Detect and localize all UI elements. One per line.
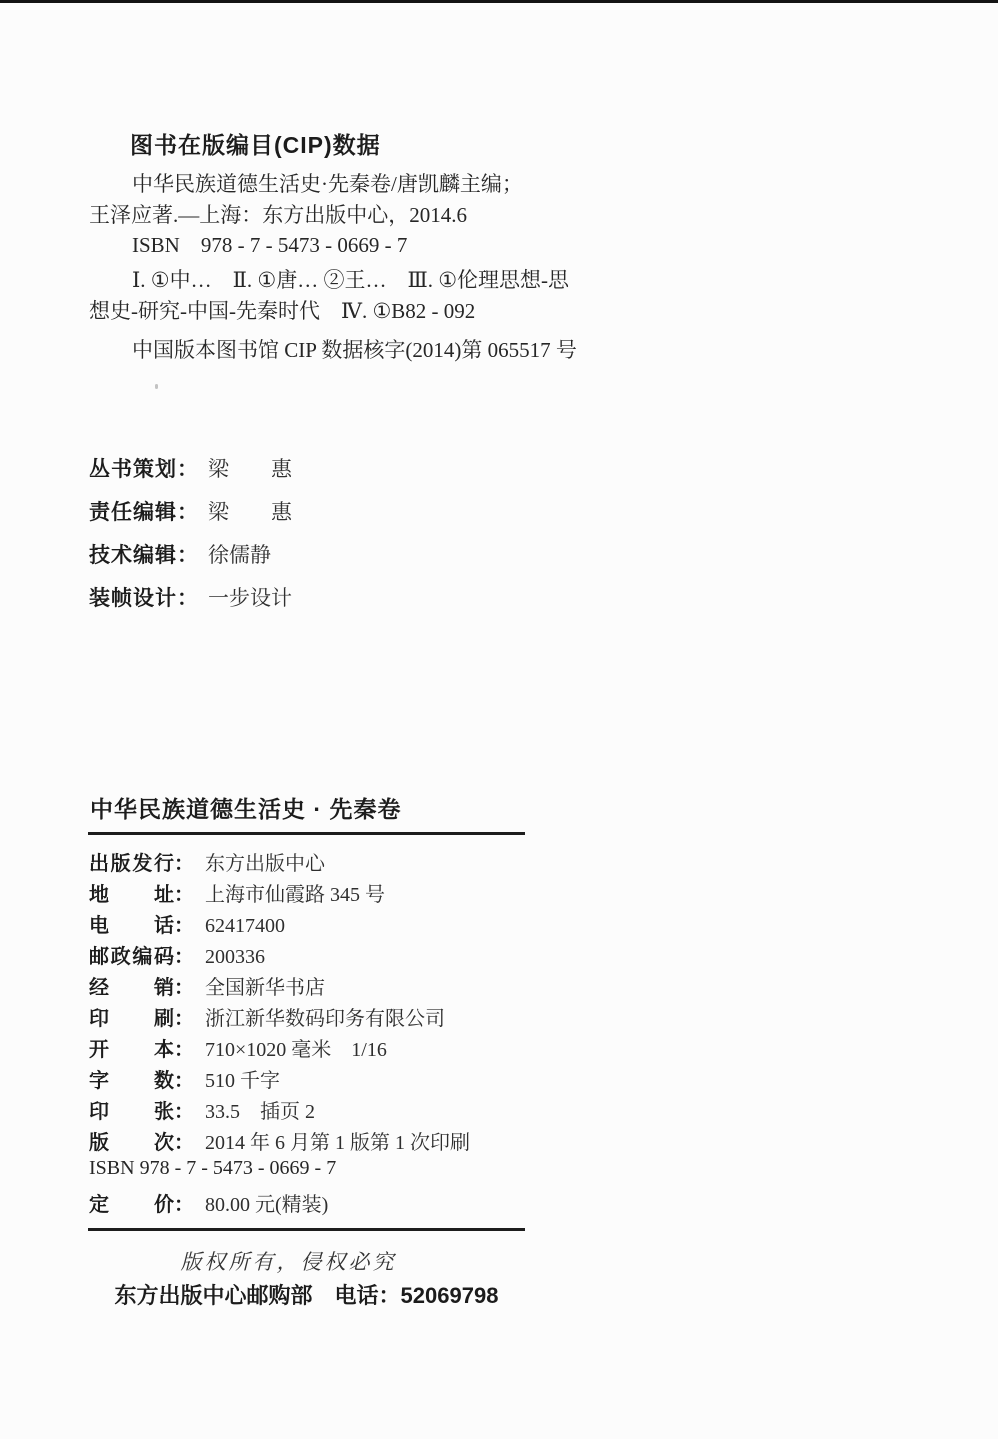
pub-row-price: 定价：80.00 元(精装) <box>89 1188 526 1219</box>
pub-row-word-count: 字数：510 千字 <box>89 1064 526 1095</box>
pub-row-edition: 版次：2014 年 6 月第 1 版第 1 次印刷 <box>89 1126 526 1157</box>
cip-author-line: 王泽应著.—上海：东方出版中心，2014.6 <box>89 199 467 229</box>
credit-row-responsible-editor: 责任编辑：梁 惠 <box>89 496 292 539</box>
colon: ： <box>177 544 198 567</box>
pub-label: 定价 <box>89 1188 174 1217</box>
copyright-page: 图书在版编目(CIP)数据 中华民族道德生活史·先秦卷/唐凯麟主编； 王泽应著.… <box>0 0 998 1439</box>
horizontal-rule-top <box>88 832 525 835</box>
colon: ： <box>174 1008 194 1030</box>
colon: ： <box>174 1194 194 1216</box>
pub-row-format: 开本：710×1020 毫米 1/16 <box>89 1033 526 1064</box>
pub-row-postcode: 邮政编码：200336 <box>89 940 526 971</box>
pub-value: 710×1020 毫米 1/16 <box>205 1039 387 1061</box>
pub-label: 电话 <box>89 909 174 938</box>
pub-value: 510 千字 <box>205 1070 280 1092</box>
pub-label: 开本 <box>89 1033 174 1062</box>
credit-row-series-planner: 丛书策划：梁 惠 <box>89 453 292 496</box>
colon: ： <box>177 501 198 524</box>
editorial-credits: 丛书策划：梁 惠 责任编辑：梁 惠 技术编辑：徐儒静 装帧设计：一步设计 <box>89 453 292 625</box>
pub-value: 33.5 插页 2 <box>205 1101 315 1123</box>
publication-details: 出版发行：东方出版中心 地址：上海市仙霞路 345 号 电话：62417400 … <box>89 847 526 1219</box>
pub-label: 邮政编码 <box>89 940 174 969</box>
pub-row-phone: 电话：62417400 <box>89 909 526 940</box>
copyright-notice: 版权所有，侵权必究 <box>70 1246 507 1276</box>
pub-label: 经销 <box>89 971 174 1000</box>
horizontal-rule-bottom <box>88 1228 525 1231</box>
pub-row-isbn: ISBN 978 - 7 - 5473 - 0669 - 7 <box>89 1157 526 1188</box>
colon: ： <box>174 884 194 906</box>
colon: ： <box>174 1101 194 1123</box>
credit-row-technical-editor: 技术编辑：徐儒静 <box>89 539 292 582</box>
pub-value: 全国新华书店 <box>205 977 325 999</box>
pub-label: 印刷 <box>89 1002 174 1031</box>
pub-value: 200336 <box>205 946 265 968</box>
pub-row-distribution: 经销：全国新华书店 <box>89 971 526 1002</box>
pub-value: 62417400 <box>205 915 285 937</box>
colon: ： <box>174 1132 194 1154</box>
pub-label: 字数 <box>89 1064 174 1093</box>
pub-value: 2014 年 6 月第 1 版第 1 次印刷 <box>205 1132 470 1154</box>
colon: ： <box>174 915 194 937</box>
page-top-edge-line <box>0 0 998 3</box>
mail-order-line: 东方出版中心邮购部 电话：52069798 <box>88 1279 525 1310</box>
colon: ： <box>177 458 198 481</box>
colon: ： <box>174 1039 194 1061</box>
colon: ： <box>174 946 194 968</box>
pub-row-address: 地址：上海市仙霞路 345 号 <box>89 878 526 909</box>
pub-value: 80.00 元(精装) <box>205 1194 328 1216</box>
colon: ： <box>177 587 198 610</box>
credit-label: 责任编辑 <box>89 501 177 524</box>
pub-label: 地址 <box>89 878 174 907</box>
colon: ： <box>174 853 194 875</box>
credit-label: 丛书策划 <box>89 458 177 481</box>
book-title: 中华民族道德生活史 · 先秦卷 <box>90 791 401 824</box>
pub-row-publisher: 出版发行：东方出版中心 <box>89 847 526 878</box>
colon: ： <box>174 977 194 999</box>
cip-record-number-line: 中国版本图书馆 CIP 数据核字(2014)第 065517 号 <box>132 334 577 364</box>
credit-value: 一步设计 <box>208 586 292 610</box>
cip-classification-line-1: Ⅰ. ①中… Ⅱ. ①唐… ②王… Ⅲ. ①伦理思想-思 <box>132 264 569 294</box>
pub-value: 上海市仙霞路 345 号 <box>205 884 385 906</box>
pub-row-sheets: 印张：33.5 插页 2 <box>89 1095 526 1126</box>
credit-label: 技术编辑 <box>89 544 177 567</box>
pub-row-printer: 印刷：浙江新华数码印务有限公司 <box>89 1002 526 1033</box>
pub-value: 浙江新华数码印务有限公司 <box>205 1008 445 1030</box>
credit-label: 装帧设计 <box>89 587 177 610</box>
colon: ： <box>174 1070 194 1092</box>
cip-title-line: 中华民族道德生活史·先秦卷/唐凯麟主编； <box>132 168 523 198</box>
scan-speck-artifact <box>155 384 158 389</box>
pub-label: 出版发行 <box>89 847 174 876</box>
credit-value: 梁 惠 <box>208 457 292 481</box>
cip-heading: 图书在版编目(CIP)数据 <box>130 127 381 160</box>
credit-row-binding-design: 装帧设计：一步设计 <box>89 582 292 625</box>
credit-value: 徐儒静 <box>208 543 271 567</box>
pub-label: 版次 <box>89 1126 174 1155</box>
cip-classification-line-2: 想史-研究-中国-先秦时代 Ⅳ. ①B82 - 092 <box>89 295 475 325</box>
pub-label: 印张 <box>89 1095 174 1124</box>
cip-isbn-line: ISBN 978 - 7 - 5473 - 0669 - 7 <box>132 229 407 259</box>
credit-value: 梁 惠 <box>208 500 292 524</box>
pub-value: 东方出版中心 <box>205 853 325 875</box>
